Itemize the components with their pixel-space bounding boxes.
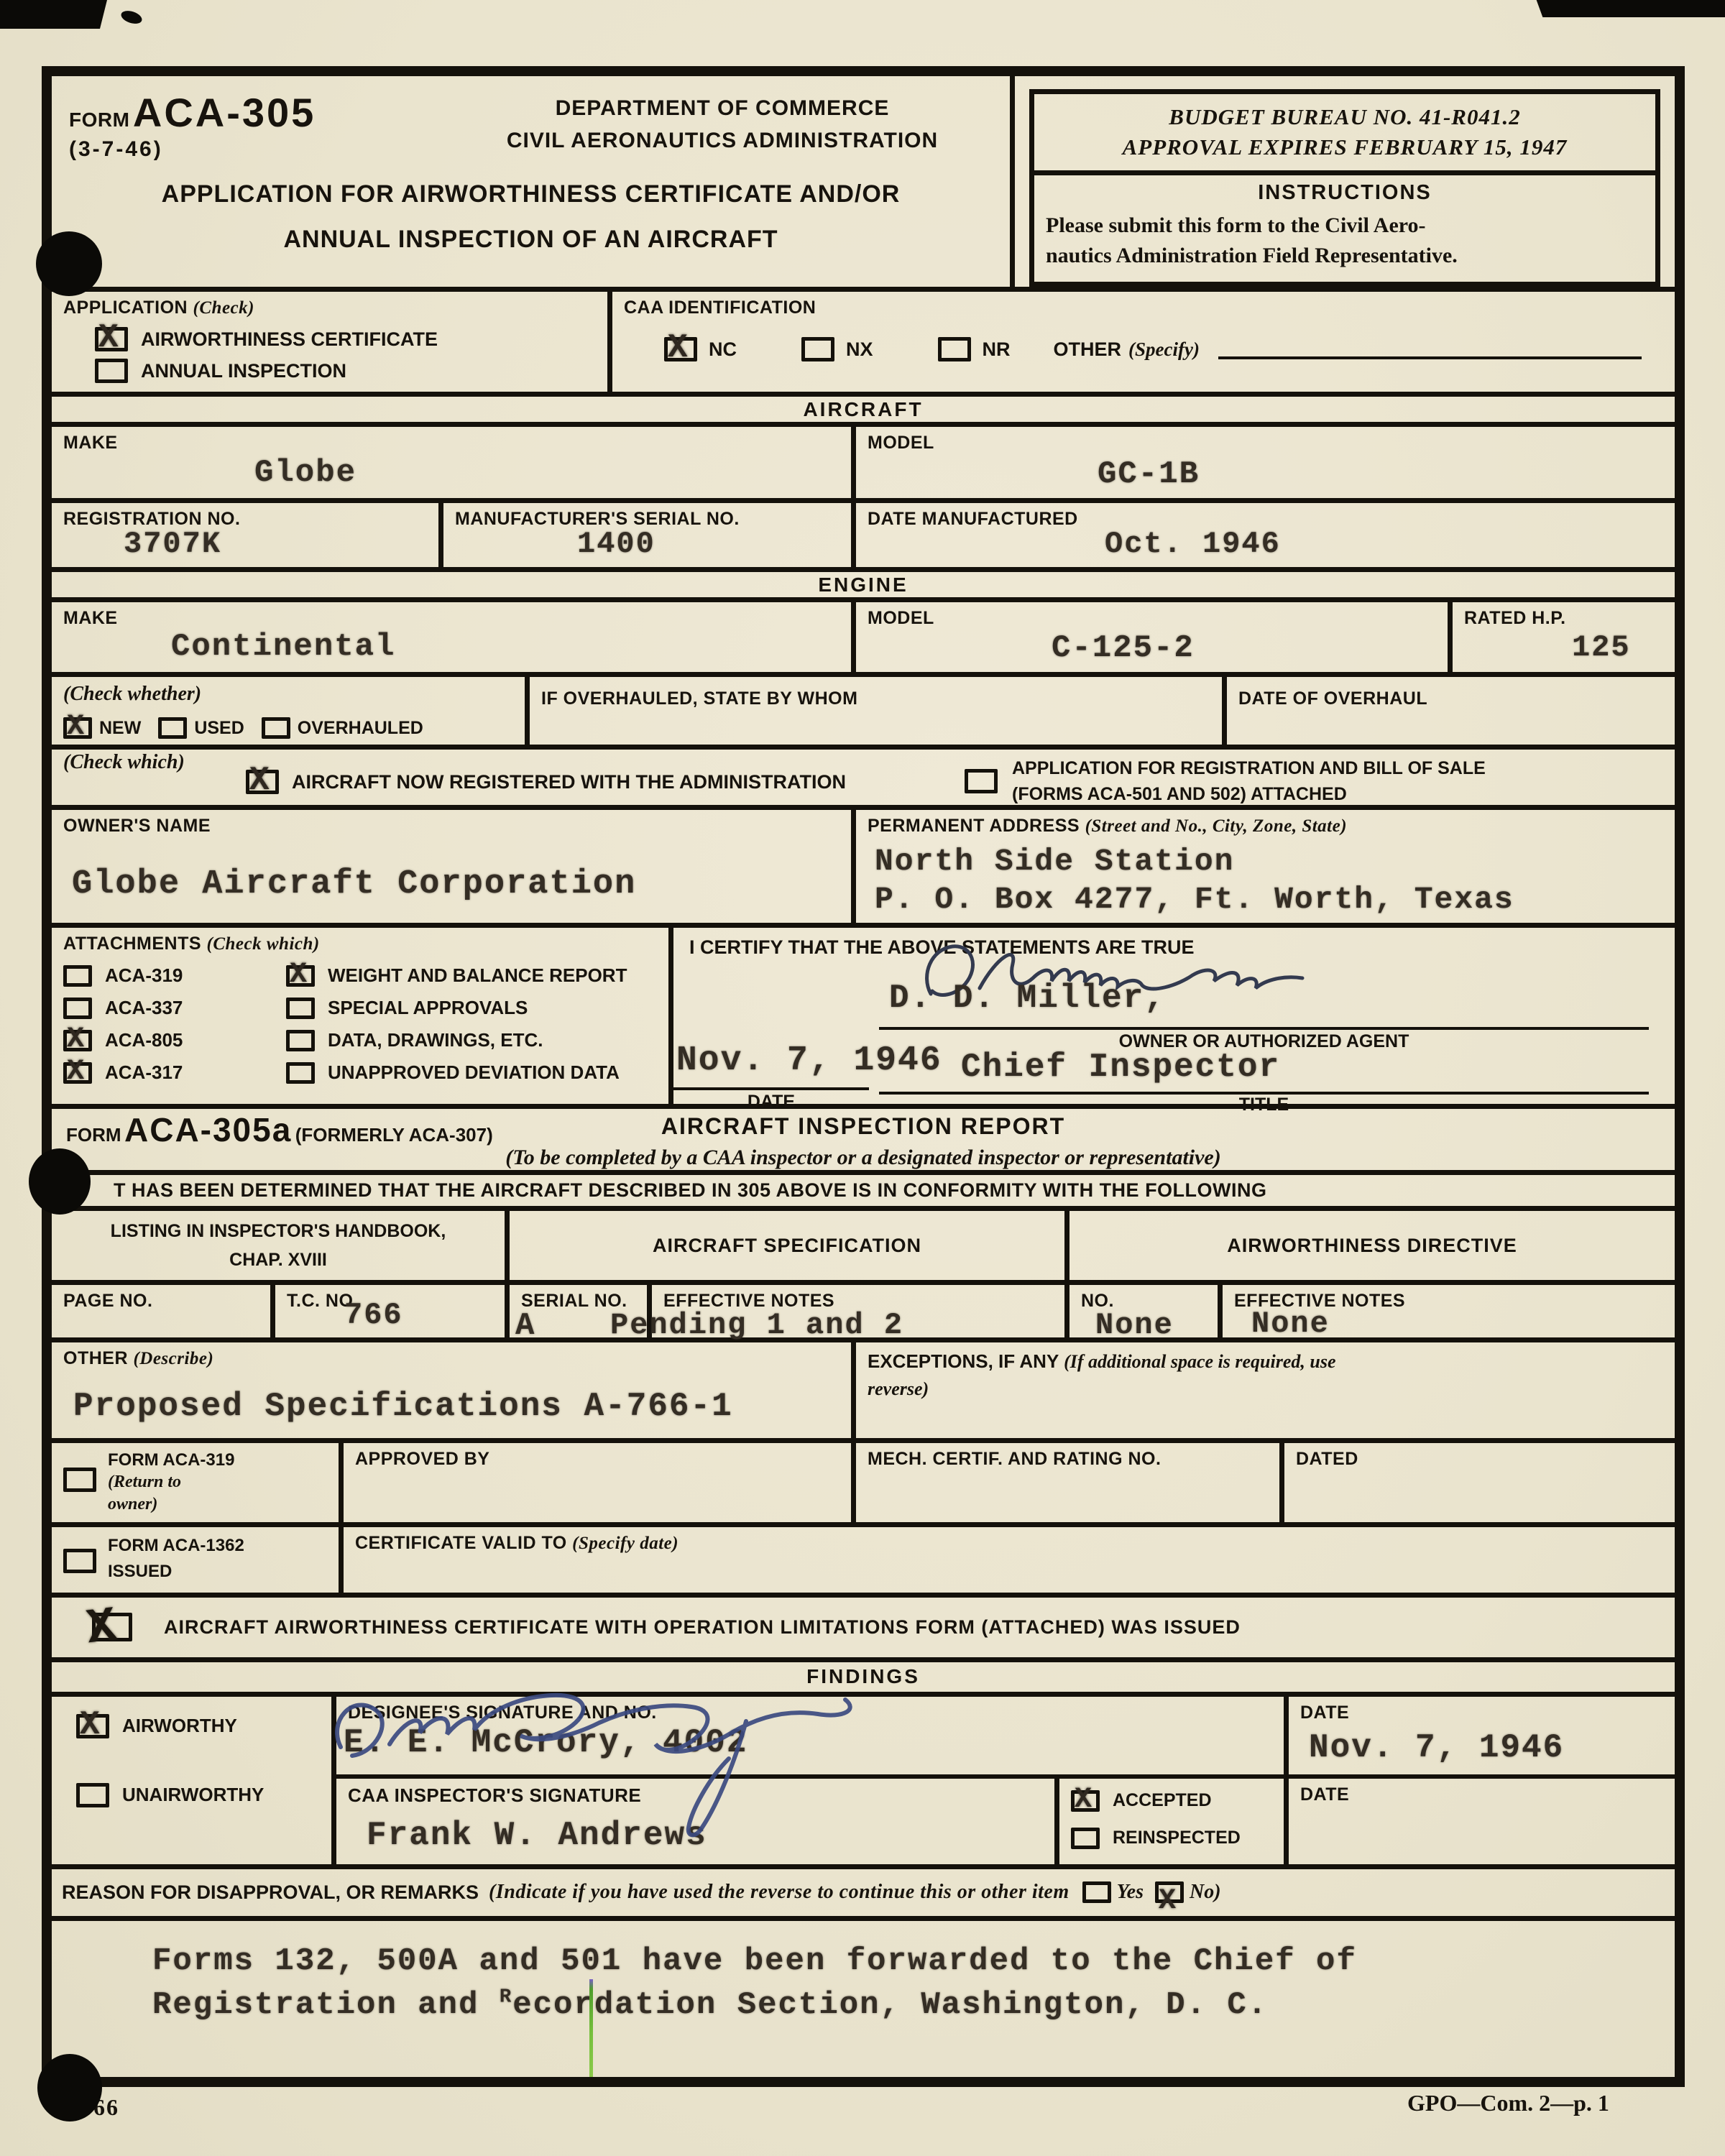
designee-signature-cell: DESIGNEE'S SIGNATURE AND NO. E. E. McCro… — [336, 1697, 1284, 1774]
owner-address-line2: P. O. Box 4277, Ft. Worth, Texas — [875, 882, 1663, 917]
remarks-line2: Registration and Recordation Section, Wa… — [152, 1984, 1675, 2028]
airworthy-cell: AIRWORTHY UNAIRWORTHY — [52, 1697, 331, 1864]
spec-header-cell: AIRCRAFT SPECIFICATION — [505, 1211, 1064, 1280]
scan-artifact-green-line — [589, 1979, 593, 2077]
nc-label: NC — [709, 338, 737, 361]
department-line2: CIVIL AERONAUTICS ADMINISTRATION — [464, 124, 981, 157]
annual-inspection-item: ANNUAL INSPECTION — [95, 359, 596, 383]
scan-artifact-top-right — [1537, 0, 1725, 17]
registration-status-cell: (Check which) AIRCRAFT NOW REGISTERED WI… — [52, 750, 1675, 805]
aircraft-model-cell: MODEL GC-1B — [851, 427, 1675, 498]
directive-no-value: None — [1095, 1308, 1174, 1342]
form-id-block: FORM ACA-305 (3-7-46) — [69, 89, 316, 162]
attachments-certification-row: ATTACHMENTS (Check which) ACA-319 ACA-33… — [52, 928, 1675, 1109]
findings-section-bar: FINDINGS — [52, 1662, 1675, 1697]
reinspected-item: REINSPECTED — [1071, 1828, 1272, 1849]
certificate-issued-row: AIRCRAFT AIRWORTHINESS CERTIFICATE WITH … — [52, 1598, 1675, 1662]
certificate-valid-label: CERTIFICATE VALID TO (Specify date) — [355, 1533, 1663, 1554]
form-title-line2: ANNUAL INSPECTION OF AN AIRCRAFT — [52, 217, 1010, 262]
caa-identification-cell: CAA IDENTIFICATION NC NX NR OTHER (Speci… — [607, 292, 1675, 392]
tc-no-cell: T.C. NO. 766 — [270, 1285, 505, 1337]
aircraft-section-bar: AIRCRAFT — [52, 397, 1675, 427]
engine-model-cell: MODEL C-125-2 — [851, 602, 1448, 672]
reason-row: REASON FOR DISAPPROVAL, OR REMARKS (Indi… — [52, 1869, 1675, 1921]
punch-hole-middle — [29, 1148, 91, 1215]
budget-instructions-box: BUDGET BUREAU NO. 41-R041.2 APPROVAL EXP… — [1029, 89, 1660, 287]
punch-hole-top — [36, 231, 102, 296]
form-header-right: BUDGET BUREAU NO. 41-R041.2 APPROVAL EXP… — [1010, 76, 1675, 287]
application-caa-row: APPLICATION (Check) AIRWORTHINESS CERTIF… — [52, 292, 1675, 397]
registration-cell: REGISTRATION NO. 3707K — [52, 503, 438, 567]
aca-319-return-cell: FORM ACA-319 (Return to owner) — [52, 1443, 339, 1522]
engine-condition-options: NEW USED OVERHAULED — [63, 717, 513, 739]
airworthiness-certificate-item: AIRWORTHINESS CERTIFICATE — [95, 327, 596, 351]
determination-bar: T HAS BEEN DETERMINED THAT THE AIRCRAFT … — [52, 1175, 1675, 1211]
checkbox-nc — [664, 337, 697, 361]
engine-hp-cell: RATED H.P. 125 — [1448, 602, 1675, 672]
checkbox-airworthiness-certificate — [95, 327, 128, 351]
aircraft-make-value: Globe — [254, 455, 839, 491]
findings-date2-cell: DATE — [1284, 1779, 1675, 1864]
designee-date-cell: DATE Nov. 7, 1946 — [1284, 1697, 1675, 1774]
directive-notes-value: None — [1251, 1307, 1330, 1341]
certificate-valid-cell: CERTIFICATE VALID TO (Specify date) — [339, 1527, 1675, 1593]
aca-317-label: ACA-317 — [105, 1061, 183, 1084]
serial-value: 1400 — [577, 527, 839, 561]
aircraft-model-value: GC-1B — [1098, 456, 1663, 492]
designee-sub-row: DESIGNEE'S SIGNATURE AND NO. E. E. McCro… — [336, 1697, 1675, 1779]
annual-inspection-label: ANNUAL INSPECTION — [141, 360, 346, 382]
aca-319-row: FORM ACA-319 (Return to owner) APPROVED … — [52, 1443, 1675, 1527]
certificate-issued-statement: AIRCRAFT AIRWORTHINESS CERTIFICATE WITH … — [164, 1616, 1241, 1639]
bill-of-sale-label: APPLICATION FOR REGISTRATION AND BILL OF… — [1012, 755, 1486, 808]
form-header-row: FORM ACA-305 (3-7-46) DEPARTMENT OF COMM… — [52, 76, 1675, 292]
date-manufactured-value: Oct. 1946 — [1105, 527, 1663, 561]
designee-signature-label: DESIGNEE'S SIGNATURE AND NO. — [348, 1703, 1272, 1723]
aca-1362-issued-cell: FORM ACA-1362 ISSUED — [52, 1527, 339, 1593]
airworthiness-certificate-label: AIRWORTHINESS CERTIFICATE — [141, 328, 438, 351]
owner-address-label: PERMANENT ADDRESS (Street and No., City,… — [868, 816, 1663, 837]
findings-table: AIRWORTHY UNAIRWORTHY DESIGNEE'S SIGNATU… — [52, 1697, 1675, 1869]
checkbox-used — [158, 717, 187, 739]
reason-label-italic: (Indicate if you have used the reverse t… — [489, 1881, 1069, 1904]
caa-sub-row: CAA INSPECTOR'S SIGNATURE Frank W. Andre… — [336, 1779, 1675, 1864]
checkbox-aca-317 — [63, 1062, 92, 1084]
overhaul-date-label: DATE OF OVERHAUL — [1238, 688, 1663, 709]
attachments-label: ATTACHMENTS (Check which) — [63, 934, 657, 954]
listing-header-cell: LISTING IN INSPECTOR'S HANDBOOK, CHAP. X… — [52, 1211, 505, 1280]
designee-date-label: DATE — [1300, 1703, 1663, 1723]
check-which-label: (Check which) — [63, 751, 185, 774]
spec-header: AIRCRAFT SPECIFICATION — [653, 1235, 921, 1257]
serial-cell: MANUFACTURER'S SERIAL NO. 1400 — [438, 503, 851, 567]
registered-item: AIRCRAFT NOW REGISTERED WITH THE ADMINIS… — [246, 770, 846, 794]
approved-by-label: APPROVED BY — [355, 1449, 839, 1470]
engine-condition-cell: (Check whether) NEW USED OVERHAULED — [52, 677, 525, 745]
overhauled-by-cell: IF OVERHAULED, STATE BY WHOM — [525, 677, 1222, 745]
date-manufactured-cell: DATE MANUFACTURED Oct. 1946 — [851, 503, 1675, 567]
title-value: Chief Inspector — [961, 1049, 1280, 1086]
findings-date2-label: DATE — [1300, 1784, 1663, 1805]
directive-notes-cell: EFFECTIVE NOTES None — [1218, 1285, 1675, 1337]
inspection-form-word: FORM — [66, 1124, 121, 1146]
overhauled-by-label: IF OVERHAULED, STATE BY WHOM — [541, 688, 1210, 709]
certification-cell: I CERTIFY THAT THE ABOVE STATEMENTS ARE … — [668, 928, 1675, 1104]
department-block: DEPARTMENT OF COMMERCE CIVIL AERONAUTICS… — [464, 92, 981, 157]
engine-make-model-row: MAKE Continental MODEL C-125-2 RATED H.P… — [52, 602, 1675, 677]
remarks-body: Forms 132, 500A and 501 have been forwar… — [152, 1940, 1675, 2028]
checkbox-weight-balance — [286, 965, 315, 987]
mech-certif-label: MECH. CERTIF. AND RATING NO. — [868, 1449, 1268, 1470]
department-line1: DEPARTMENT OF COMMERCE — [464, 92, 981, 124]
certification-date-line — [673, 1087, 869, 1090]
checkbox-aca-337 — [63, 998, 92, 1019]
certification-date-value: Nov. 7, 1946 — [676, 1041, 942, 1080]
other-describe-paren: (Describe) — [133, 1349, 213, 1368]
form-word: FORM — [69, 109, 129, 131]
checkbox-aca-319 — [63, 965, 92, 987]
exceptions-italic2: reverse) — [868, 1378, 929, 1399]
directive-header-cell: AIRWORTHINESS DIRECTIVE — [1064, 1211, 1675, 1280]
other-paren: (Specify) — [1128, 338, 1200, 361]
aircraft-make-cell: MAKE Globe — [52, 427, 851, 498]
special-approvals-label: SPECIAL APPROVALS — [328, 997, 528, 1019]
other-specify-line — [1218, 356, 1642, 359]
caa-identification-label: CAA IDENTIFICATION — [624, 298, 1663, 318]
attachments-form-column: ACA-319 ACA-337 ACA-805 ACA-317 — [63, 964, 286, 1084]
checkbox-reinspected — [1071, 1828, 1100, 1849]
engine-condition-row: (Check whether) NEW USED OVERHAULED IF O… — [52, 677, 1675, 750]
overhauled-label: OVERHAULED — [298, 718, 423, 739]
unairworthy-item: UNAIRWORTHY — [76, 1783, 320, 1807]
inspection-form-number: ACA-305a — [124, 1111, 292, 1148]
registration-status-row: (Check which) AIRCRAFT NOW REGISTERED WI… — [52, 750, 1675, 810]
checkbox-data-drawings — [286, 1030, 315, 1051]
form-header-left: FORM ACA-305 (3-7-46) DEPARTMENT OF COMM… — [52, 76, 1010, 287]
owner-name-label: OWNER'S NAME — [63, 816, 839, 837]
instructions-line1: Please submit this form to the Civil Aer… — [1046, 211, 1644, 241]
approved-by-cell: APPROVED BY — [339, 1443, 851, 1522]
checkbox-airworthy — [76, 1714, 109, 1738]
listing-header-line2: CHAP. XVIII — [229, 1245, 327, 1274]
reason-label-prefix: REASON FOR DISAPPROVAL, OR REMARKS — [62, 1881, 479, 1904]
instructions-body: Please submit this form to the Civil Aer… — [1046, 211, 1644, 271]
engine-section-bar: ENGINE — [52, 572, 1675, 602]
aca-337-label: ACA-337 — [105, 997, 183, 1019]
designee-date-value: Nov. 7, 1946 — [1309, 1729, 1663, 1766]
conformity-values-row: PAGE NO. T.C. NO. 766 SERIAL NO. A EFFEC… — [52, 1285, 1675, 1342]
aircraft-model-label: MODEL — [868, 433, 1663, 453]
reason-label-line: REASON FOR DISAPPROVAL, OR REMARKS (Indi… — [52, 1881, 1221, 1904]
form-title-line1: APPLICATION FOR AIRWORTHINESS CERTIFICAT… — [52, 172, 1010, 217]
new-label: NEW — [99, 718, 141, 739]
remarks-line1: Forms 132, 500A and 501 have been forwar… — [152, 1940, 1675, 1984]
checkbox-special-approvals — [286, 998, 315, 1019]
checkbox-reverse-yes — [1082, 1881, 1111, 1903]
dated-label: DATED — [1296, 1449, 1663, 1470]
owner-address-cell: PERMANENT ADDRESS (Street and No., City,… — [851, 810, 1675, 923]
checkbox-form-aca-319 — [63, 1468, 96, 1492]
attachments-grid: ACA-319 ACA-337 ACA-805 ACA-317 WEIGHT A… — [63, 964, 657, 1084]
checkbox-new — [63, 717, 92, 739]
engine-hp-label: RATED H.P. — [1464, 608, 1663, 629]
other-describe-cell: OTHER (Describe) Proposed Specifications… — [52, 1342, 851, 1438]
engine-make-cell: MAKE Continental — [52, 602, 851, 672]
registered-label: AIRCRAFT NOW REGISTERED WITH THE ADMINIS… — [292, 771, 846, 793]
aca-1362-row: FORM ACA-1362 ISSUED CERTIFICATE VALID T… — [52, 1527, 1675, 1598]
budget-box: BUDGET BUREAU NO. 41-R041.2 APPROVAL EXP… — [1034, 94, 1655, 175]
tc-no-value: 766 — [344, 1298, 403, 1332]
accepted-item: ACCEPTED — [1071, 1790, 1272, 1812]
designee-signature-typed: E. E. McCrory, 4002 — [344, 1724, 748, 1761]
inspection-form-id: FORM ACA-305a (FORMERLY ACA-307) — [66, 1110, 493, 1149]
checkbox-bill-of-sale — [965, 769, 998, 793]
aca-319-label: ACA-319 — [105, 964, 183, 987]
checkbox-reverse-no — [1155, 1881, 1184, 1903]
engine-section-title: ENGINE — [818, 573, 908, 596]
attachments-cell: ATTACHMENTS (Check which) ACA-319 ACA-33… — [52, 928, 668, 1104]
findings-section-title: FINDINGS — [806, 1665, 920, 1688]
owner-address-label-paren: (Street and No., City, Zone, State) — [1085, 816, 1347, 836]
checkbox-registered — [246, 770, 279, 794]
engine-hp-value: 125 — [1572, 630, 1663, 665]
nr-label: NR — [983, 338, 1011, 361]
form-revision: (3-7-46) — [69, 137, 316, 162]
scanned-form-page: FORM ACA-305 (3-7-46) DEPARTMENT OF COMM… — [0, 0, 1725, 2156]
engine-model-label: MODEL — [868, 608, 1436, 629]
other-word: OTHER — [1054, 338, 1122, 361]
aca-319-return-label: FORM ACA-319 (Return to owner) — [108, 1449, 234, 1516]
certificate-valid-paren: (Specify date) — [572, 1534, 678, 1553]
agent-signature-line — [879, 1027, 1649, 1030]
directive-no-cell: NO. None — [1064, 1285, 1218, 1337]
determination-text: T HAS BEEN DETERMINED THAT THE AIRCRAFT … — [52, 1179, 1267, 1202]
findings-right-block: DESIGNEE'S SIGNATURE AND NO. E. E. McCro… — [331, 1697, 1675, 1864]
attachments-label-paren: (Check which) — [207, 934, 320, 954]
punch-hole-bottom — [37, 2054, 102, 2122]
other-describe-label: OTHER (Describe) — [63, 1348, 839, 1369]
caa-signature-cell: CAA INSPECTOR'S SIGNATURE Frank W. Andre… — [336, 1779, 1054, 1864]
accepted-cell: ACCEPTED REINSPECTED — [1054, 1779, 1284, 1864]
instructions-box: INSTRUCTIONS Please submit this form to … — [1034, 175, 1655, 282]
aca-1362-label: FORM ACA-1362 ISSUED — [108, 1533, 244, 1587]
engine-make-label: MAKE — [63, 608, 839, 629]
other-exceptions-row: OTHER (Describe) Proposed Specifications… — [52, 1342, 1675, 1443]
directive-header: AIRWORTHINESS DIRECTIVE — [1227, 1235, 1517, 1257]
checkbox-nr — [938, 337, 971, 361]
airworthy-label: AIRWORTHY — [122, 1715, 237, 1737]
budget-line2: APPROVAL EXPIRES FEBRUARY 15, 1947 — [1039, 134, 1651, 160]
aircraft-registration-row: REGISTRATION NO. 3707K MANUFACTURER'S SE… — [52, 503, 1675, 572]
checkbox-accepted — [1071, 1790, 1100, 1812]
form-number: ACA-305 — [133, 90, 316, 135]
dated-cell: DATED — [1279, 1443, 1675, 1522]
listing-header-line1: LISTING IN INSPECTOR'S HANDBOOK, — [111, 1217, 446, 1245]
exceptions-cell: EXCEPTIONS, IF ANY (If additional space … — [851, 1342, 1675, 1438]
checkbox-unairworthy — [76, 1783, 109, 1807]
mech-certif-cell: MECH. CERTIF. AND RATING NO. — [851, 1443, 1279, 1522]
gpo-imprint: GPO—Com. 2—p. 1 — [1407, 2090, 1609, 2116]
instructions-line2: nautics Administration Field Representat… — [1046, 241, 1644, 271]
application-label-paren: (Check) — [193, 298, 254, 318]
accepted-label: ACCEPTED — [1113, 1790, 1212, 1811]
checkbox-unapproved-deviation — [286, 1062, 315, 1084]
owner-address-line1: North Side Station — [875, 844, 1663, 879]
conformity-headers-row: LISTING IN INSPECTOR'S HANDBOOK, CHAP. X… — [52, 1211, 1675, 1285]
aca-805-label: ACA-805 — [105, 1029, 183, 1051]
checkbox-certificate-issued — [92, 1613, 132, 1641]
weight-balance-label: WEIGHT AND BALANCE REPORT — [328, 964, 627, 987]
checkbox-overhauled — [262, 717, 290, 739]
remarks-body-row: Forms 132, 500A and 501 have been forwar… — [52, 1921, 1675, 2077]
overhaul-date-cell: DATE OF OVERHAUL — [1222, 677, 1675, 745]
owner-name-cell: OWNER'S NAME Globe Aircraft Corporation — [52, 810, 851, 923]
caa-signature-typed: Frank W. Andrews — [367, 1817, 1043, 1854]
unairworthy-label: UNAIRWORTHY — [122, 1784, 264, 1806]
engine-condition-label: (Check whether) — [63, 683, 513, 706]
checkbox-aca-805 — [63, 1030, 92, 1051]
yes-label: Yes — [1117, 1881, 1144, 1904]
exceptions-label: EXCEPTIONS, IF ANY (If additional space … — [868, 1348, 1663, 1402]
attachments-doc-column: WEIGHT AND BALANCE REPORT SPECIAL APPROV… — [286, 964, 657, 1084]
caa-options: NC NX NR OTHER (Specify) — [664, 337, 1663, 361]
budget-line1: BUDGET BUREAU NO. 41-R041.2 — [1039, 104, 1651, 130]
airworthy-item: AIRWORTHY — [76, 1714, 320, 1738]
aircraft-make-model-row: MAKE Globe MODEL GC-1B — [52, 427, 1675, 503]
application-label: APPLICATION (Check) — [63, 298, 596, 318]
inspection-report-subtitle: (To be completed by a CAA inspector or a… — [52, 1146, 1675, 1170]
aca-305-form: FORM ACA-305 (3-7-46) DEPARTMENT OF COMM… — [42, 66, 1685, 2087]
checkbox-nx — [801, 337, 834, 361]
data-drawings-label: DATA, DRAWINGS, ETC. — [328, 1029, 543, 1051]
checkbox-annual-inspection — [95, 359, 128, 383]
unapproved-deviation-label: UNAPPROVED DEVIATION DATA — [328, 1061, 620, 1084]
page-no-label: PAGE NO. — [63, 1291, 259, 1312]
miller-signature-typed: D. D. Miller, — [889, 980, 1166, 1017]
exceptions-italic1: (If additional space is required, use — [1064, 1351, 1335, 1372]
scan-artifact-dot — [119, 9, 143, 26]
engine-model-value: C-125-2 — [1052, 630, 1436, 666]
scan-artifact-top-left — [0, 0, 107, 29]
owner-row: OWNER'S NAME Globe Aircraft Corporation … — [52, 810, 1675, 928]
registration-value: 3707K — [124, 527, 427, 561]
inspection-report-header: FORM ACA-305a (FORMERLY ACA-307) AIRCRAF… — [52, 1109, 1675, 1175]
reinspected-label: REINSPECTED — [1113, 1828, 1241, 1848]
aircraft-section-title: AIRCRAFT — [803, 398, 923, 421]
bill-of-sale-item: APPLICATION FOR REGISTRATION AND BILL OF… — [965, 755, 1486, 808]
form-title: APPLICATION FOR AIRWORTHINESS CERTIFICAT… — [52, 172, 1010, 262]
nx-label: NX — [846, 338, 873, 361]
engine-make-value: Continental — [171, 629, 839, 665]
caa-signature-label: CAA INSPECTOR'S SIGNATURE — [348, 1784, 1043, 1807]
other-describe-value: Proposed Specifications A-766-1 — [73, 1388, 839, 1425]
spec-notes-value: Pending 1 and 2 — [610, 1308, 903, 1342]
spec-serial-value: A — [515, 1308, 535, 1344]
owner-name-value: Globe Aircraft Corporation — [72, 865, 839, 903]
page-no-cell: PAGE NO. — [52, 1285, 270, 1337]
spec-notes-cell: EFFECTIVE NOTES Pending 1 and 2 — [647, 1285, 1064, 1337]
used-label: USED — [194, 718, 244, 739]
application-cell: APPLICATION (Check) AIRWORTHINESS CERTIF… — [52, 292, 607, 392]
inspection-formerly: (FORMERLY ACA-307) — [295, 1124, 493, 1146]
checkbox-form-aca-1362 — [63, 1549, 96, 1573]
instructions-title: INSTRUCTIONS — [1046, 181, 1644, 205]
aircraft-make-label: MAKE — [63, 433, 839, 453]
no-label: No) — [1190, 1881, 1221, 1904]
